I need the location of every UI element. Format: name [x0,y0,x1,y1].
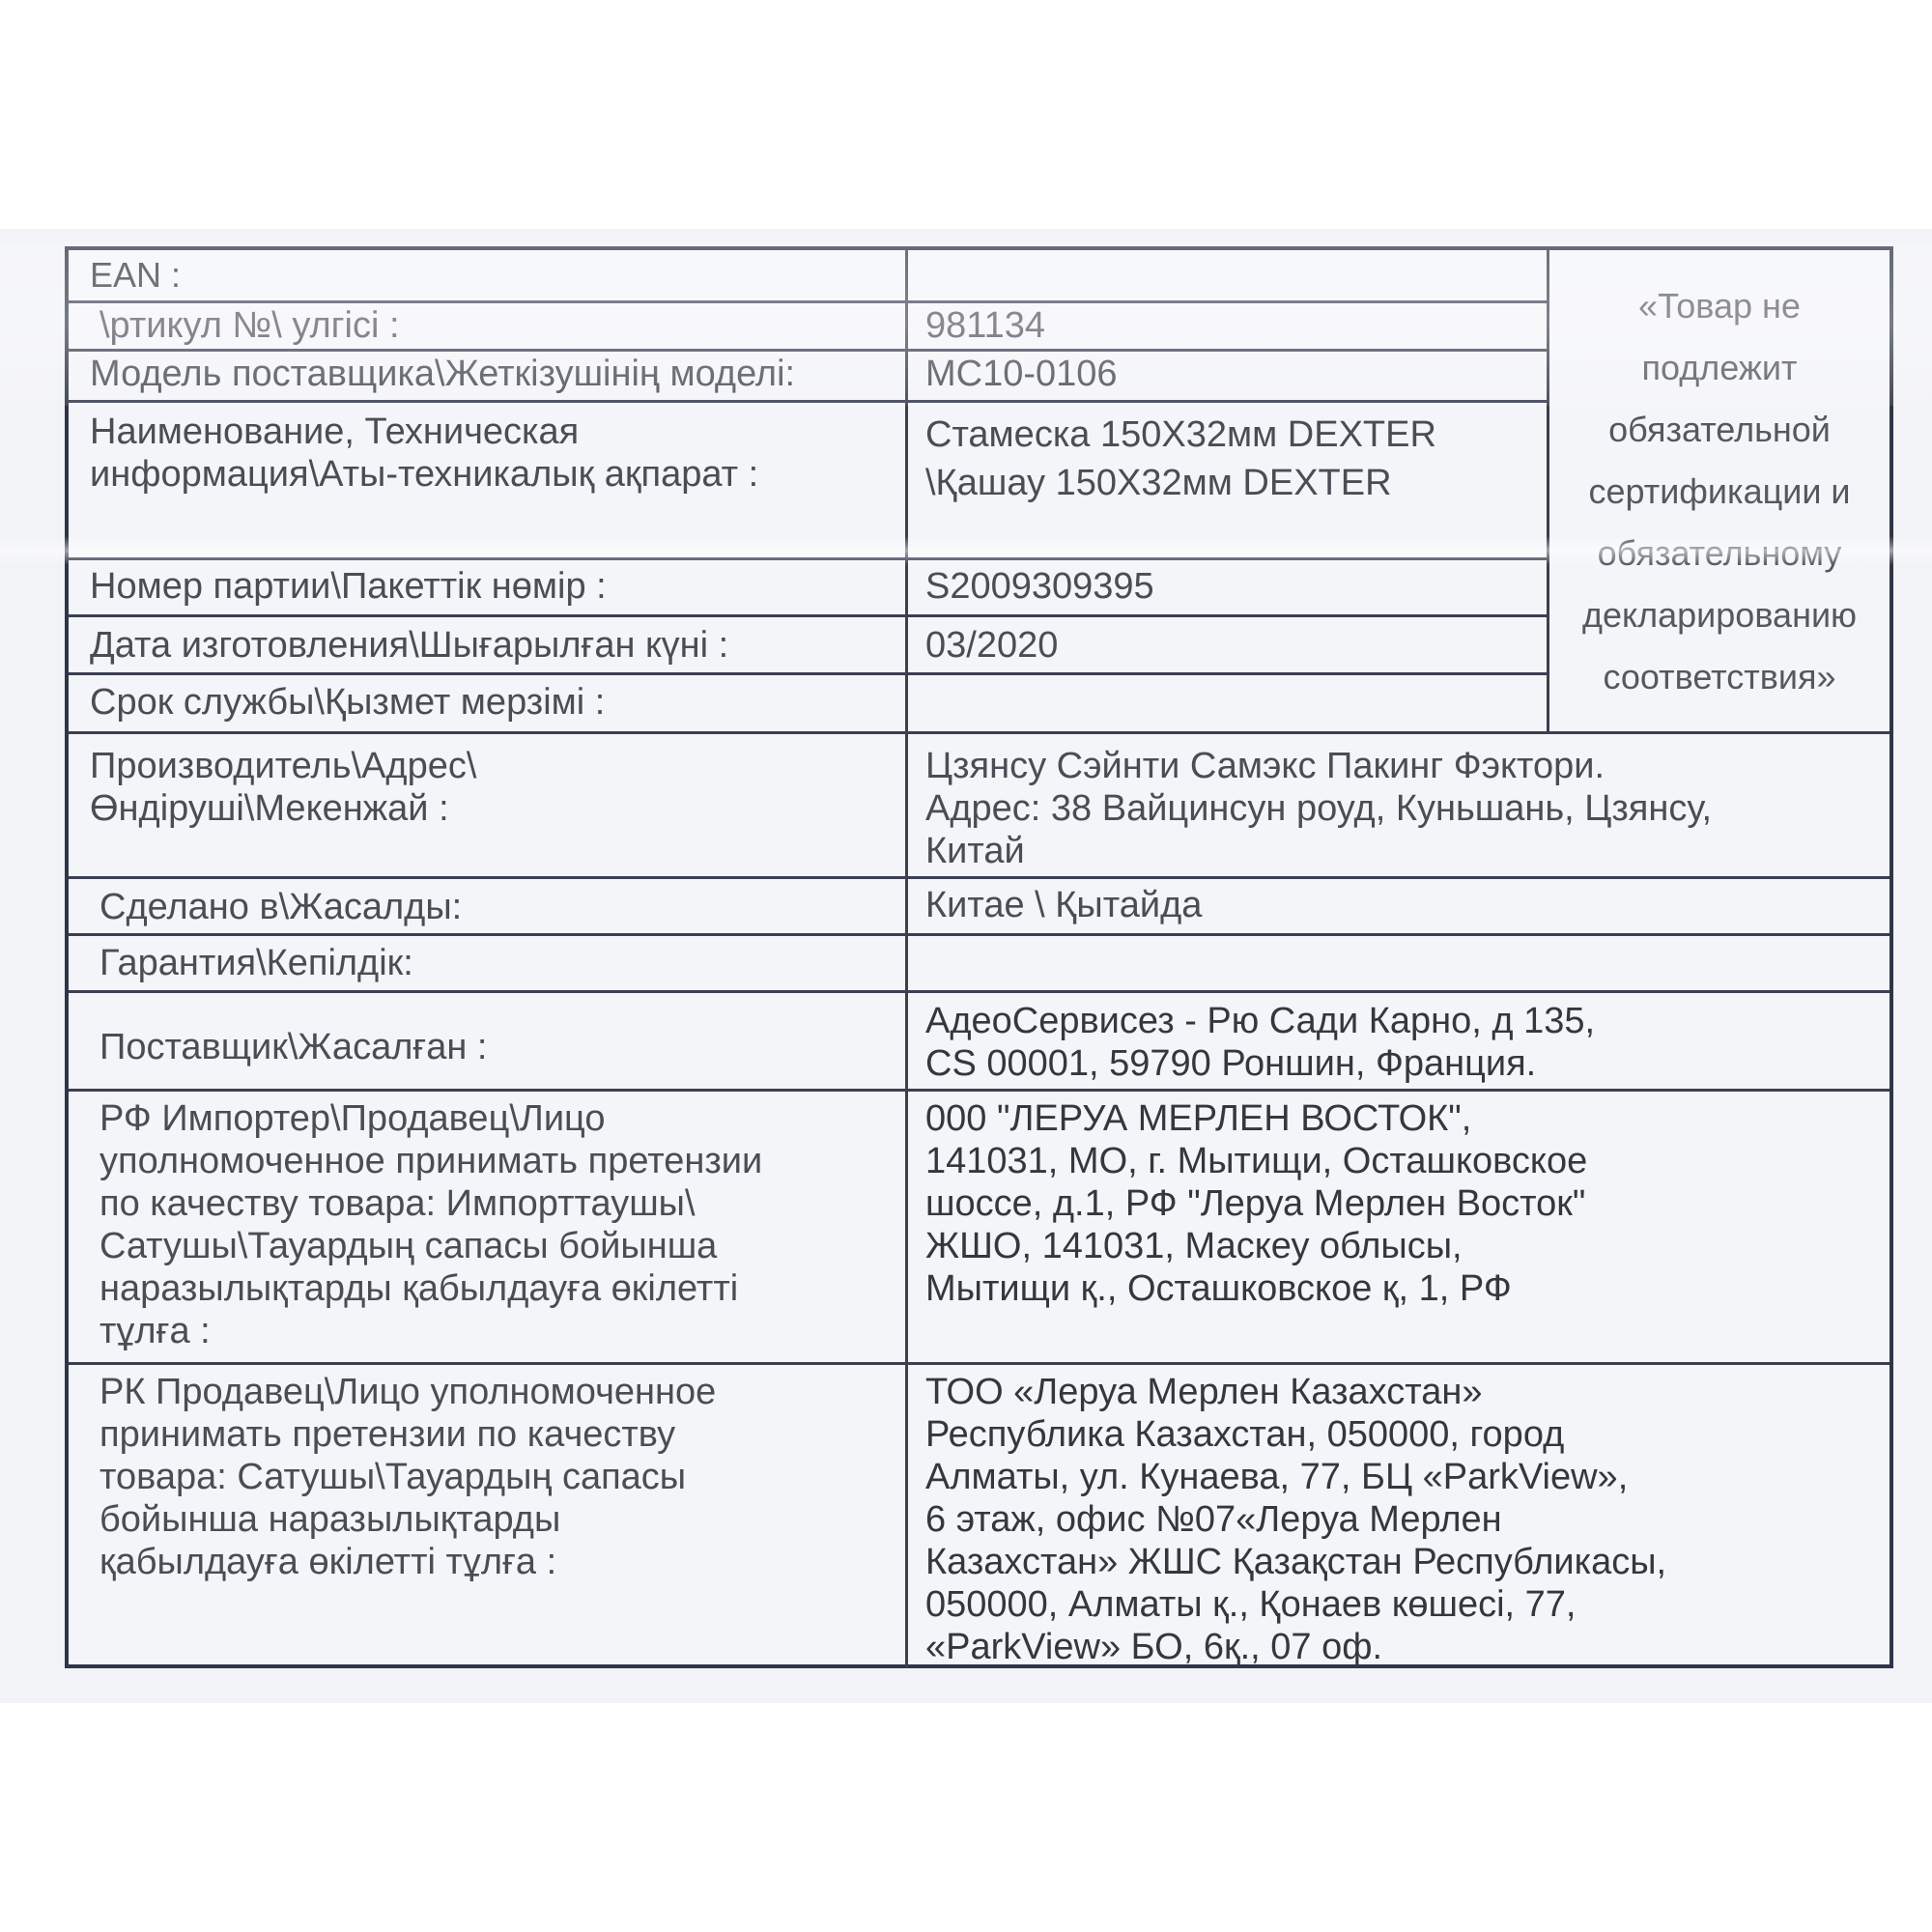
supplier-value: АдеоСервисез - Рю Сади Карно, д 135, CS … [908,1000,1884,1087]
rf-importer-value: 000 "ЛЕРУА МЕРЛЕН ВОСТОК", 141031, МО, г… [908,1097,1884,1320]
row-divider [69,990,1889,993]
batch-number-key: Номер партии\Пакеттік нөмір : [69,565,905,610]
manufacture-date-value: 03/2020 [908,624,1546,668]
product-name-value: Стамеска 150X32мм DEXTER \Қашау 150X32мм… [908,411,1546,507]
service-life-key: Срок службы\Қызмет мерзімі : [69,681,905,725]
row-divider [69,614,1547,617]
manufacture-date-key: Дата изготовления\Шығарылған күні : [69,624,905,668]
row-divider [69,1362,1889,1365]
row-divider [69,933,1889,936]
manufacturer-value: Цзянсу Сэйнти Самэкс Пакинг Фэктори. Адр… [908,745,1884,880]
row-divider [69,349,1547,352]
ean-value: 3 2762003 6011 5 [908,256,1546,300]
ean-key: EAN : [69,254,905,298]
row-divider [69,557,1547,560]
warranty-key: Гарантия\Кепілдік: [78,942,905,986]
row-divider [69,876,1889,879]
row-divider [69,400,1547,403]
made-in-key: Сделано в\Жасалды: [78,886,905,930]
service-life-value [908,681,1546,725]
product-info-table: EAN : 3 2762003 6011 5 \ртикул №\ улгісі… [65,246,1893,1668]
manufacturer-key: Производитель\Адрес\ Өндіруші\Мекенжай : [69,745,905,870]
column-divider [905,250,908,1668]
row-divider [69,1089,1889,1092]
article-key: \ртикул №\ улгісі : [78,304,905,349]
supplier-key: Поставщик\Жасалған : [78,1026,905,1070]
made-in-value: Китае \ Қытайда [908,884,1884,928]
certification-note: «Товар не подлежит обязательной сертифик… [1549,250,1889,733]
row-divider [69,300,1547,303]
product-name-key: Наименование, Техническая информация\Аты… [69,411,905,507]
row-divider [69,672,1547,675]
warranty-value [908,942,1884,986]
supplier-model-value: MC10-0106 [908,353,1546,397]
batch-number-value: S2009309395 [908,565,1546,610]
rk-seller-key: РК Продавец\Лицо уполномоченное принимат… [78,1371,905,1593]
note-divider [1547,250,1549,731]
rk-seller-value: ТОО «Леруа Мерлен Казахстан» Республика … [908,1371,1884,1670]
article-value: 981134 [908,304,1546,349]
row-divider [69,731,1889,734]
rf-importer-key: РФ Импортер\Продавец\Лицо уполномоченное… [78,1097,905,1358]
supplier-model-key: Модель поставщика\Жеткізушінің моделі: [69,353,905,397]
